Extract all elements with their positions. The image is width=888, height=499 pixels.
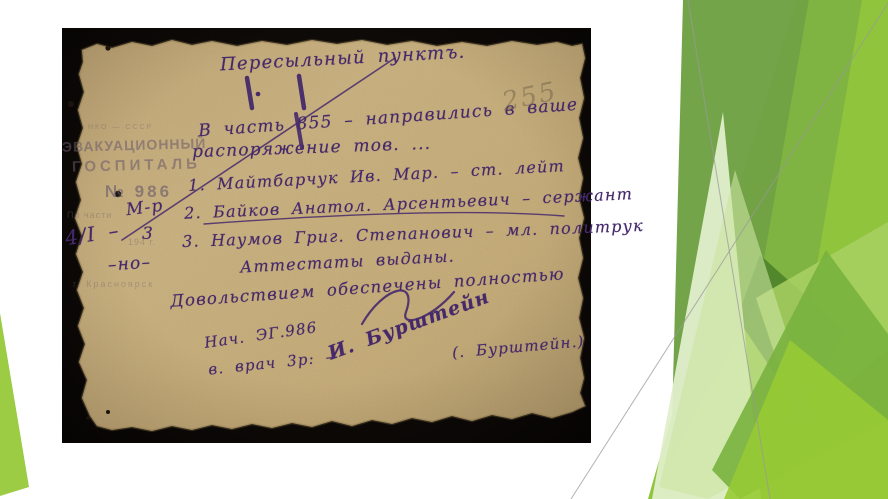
- stamp-city: г. Красноярск: [73, 280, 154, 289]
- hand-mr-note: М-р: [125, 198, 164, 219]
- stamp-org-line: НКО — СССР: [88, 124, 153, 131]
- document-photo: НКО — СССР ЭВАКУАЦИОННЫЙ ГОСПИТАЛЬ № 986…: [62, 28, 591, 443]
- facet-corner-wedge: [0, 313, 29, 496]
- hand-no-mark: –но–: [107, 255, 151, 275]
- hand-year-digit: 3: [142, 226, 154, 243]
- stamp-hospital-line1: ЭВАКУАЦИОННЫЙ: [62, 136, 207, 154]
- presentation-slide: НКО — СССР ЭВАКУАЦИОННЫЙ ГОСПИТАЛЬ № 986…: [0, 0, 888, 499]
- stamp-hospital-line2: ГОСПИТАЛЬ: [72, 156, 201, 174]
